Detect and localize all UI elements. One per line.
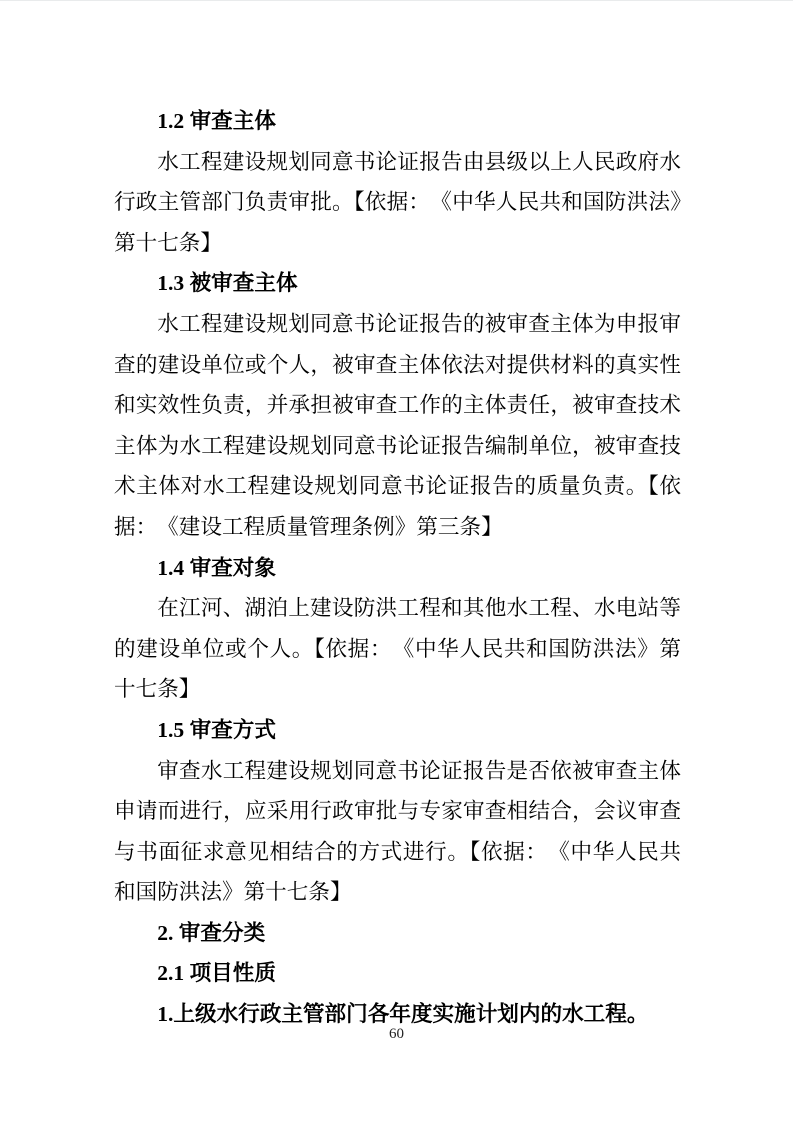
document-page: 1.2 审查主体水工程建设规划同意书论证报告由县级以上人民政府水行政主管部门负责… [0,0,793,1122]
section-heading: 2. 审查分类 [114,913,681,954]
section-heading: 1.3 被审查主体 [114,263,681,304]
section-heading: 1.4 审查对象 [114,548,681,589]
body-paragraph: 在江河、湖泊上建设防洪工程和其他水工程、水电站等的建设单位或个人。【依据： 《中… [114,588,681,710]
section-heading: 1.2 审查主体 [114,101,681,142]
section-heading: 2.1 项目性质 [114,953,681,994]
body-paragraph: 水工程建设规划同意书论证报告的被审查主体为申报审查的建设单位或个人，被审查主体依… [114,304,681,548]
body-paragraph: 水工程建设规划同意书论证报告由县级以上人民政府水行政主管部门负责审批。【依据： … [114,142,681,264]
document-content: 1.2 审查主体水工程建设规划同意书论证报告由县级以上人民政府水行政主管部门负责… [114,101,681,1035]
page-number: 60 [0,1025,793,1043]
body-paragraph: 审查水工程建设规划同意书论证报告是否依被审查主体申请而进行，应采用行政审批与专家… [114,751,681,913]
section-heading: 1.5 审查方式 [114,710,681,751]
